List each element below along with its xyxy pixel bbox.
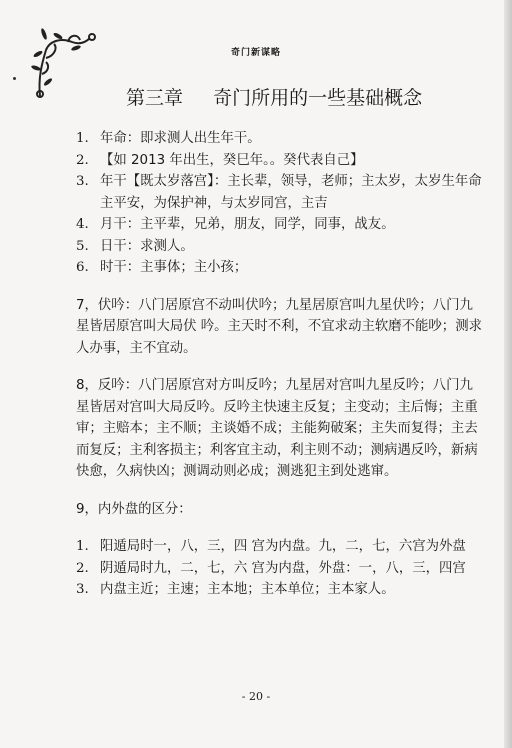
running-header: 奇门新谋略: [0, 45, 512, 58]
page-edge-shadow: [504, 0, 512, 748]
paragraph-fuyin: 7，伏吟：八门居原宫不动叫伏吟；九星居原宫叫九星伏吟；八门九星皆居原宫叫大局伏 …: [76, 295, 486, 360]
concept-list: 1.年命：即求测人出生年干。 2.【如 2013 年出生，癸巳年。。癸代表自己】…: [76, 128, 486, 279]
list-item: 6.时干：主事体；主小孩；: [76, 257, 486, 279]
paragraph-fanyin: 8，反吟：八门居原宫对方叫反吟；九星居对宫叫九星反吟；八门九星皆居对宫叫大局反吟…: [76, 375, 486, 483]
chapter-heading: 第三章 奇门所用的一些基础概念: [126, 83, 422, 110]
list-item: 5.日干：求测人。: [76, 236, 486, 258]
page-number: - 20 -: [0, 690, 512, 703]
chapter-number: 第三章: [126, 83, 183, 110]
list-item: 3.内盘主近；主速；主本地；主本单位；主本家人。: [76, 579, 486, 601]
inner-outer-list: 1.阳遁局时一，八，三，四 宫为内盘。九，二，七，六宫为外盘 2.阴遁局时九，二…: [76, 536, 486, 601]
list-item: 3.年干【既太岁落宫】：主长辈，领导，老师；主太岁，太岁生年命主平安，为保护神，…: [76, 171, 486, 214]
list-item: 2.【如 2013 年出生，癸巳年。。癸代表自己】: [76, 150, 486, 172]
page-body: 1.年命：即求测人出生年干。 2.【如 2013 年出生，癸巳年。。癸代表自己】…: [76, 128, 486, 601]
chapter-title: 奇门所用的一些基础概念: [213, 83, 422, 110]
floral-corner-ornament-icon: [28, 28, 98, 100]
paragraph-inner-outer: 9，内外盘的区分：: [76, 499, 486, 521]
list-item: 4.月干：主平辈，兄弟，朋友，同学，同事，战友。: [76, 214, 486, 236]
list-item: 1.年命：即求测人出生年干。: [76, 128, 486, 150]
stray-mark: [13, 77, 16, 80]
list-item: 1.阳遁局时一，八，三，四 宫为内盘。九，二，七，六宫为外盘: [76, 536, 486, 558]
list-item: 2.阴遁局时九，二，七，六 宫为内盘，外盘：一，八，三，四宫: [76, 558, 486, 580]
